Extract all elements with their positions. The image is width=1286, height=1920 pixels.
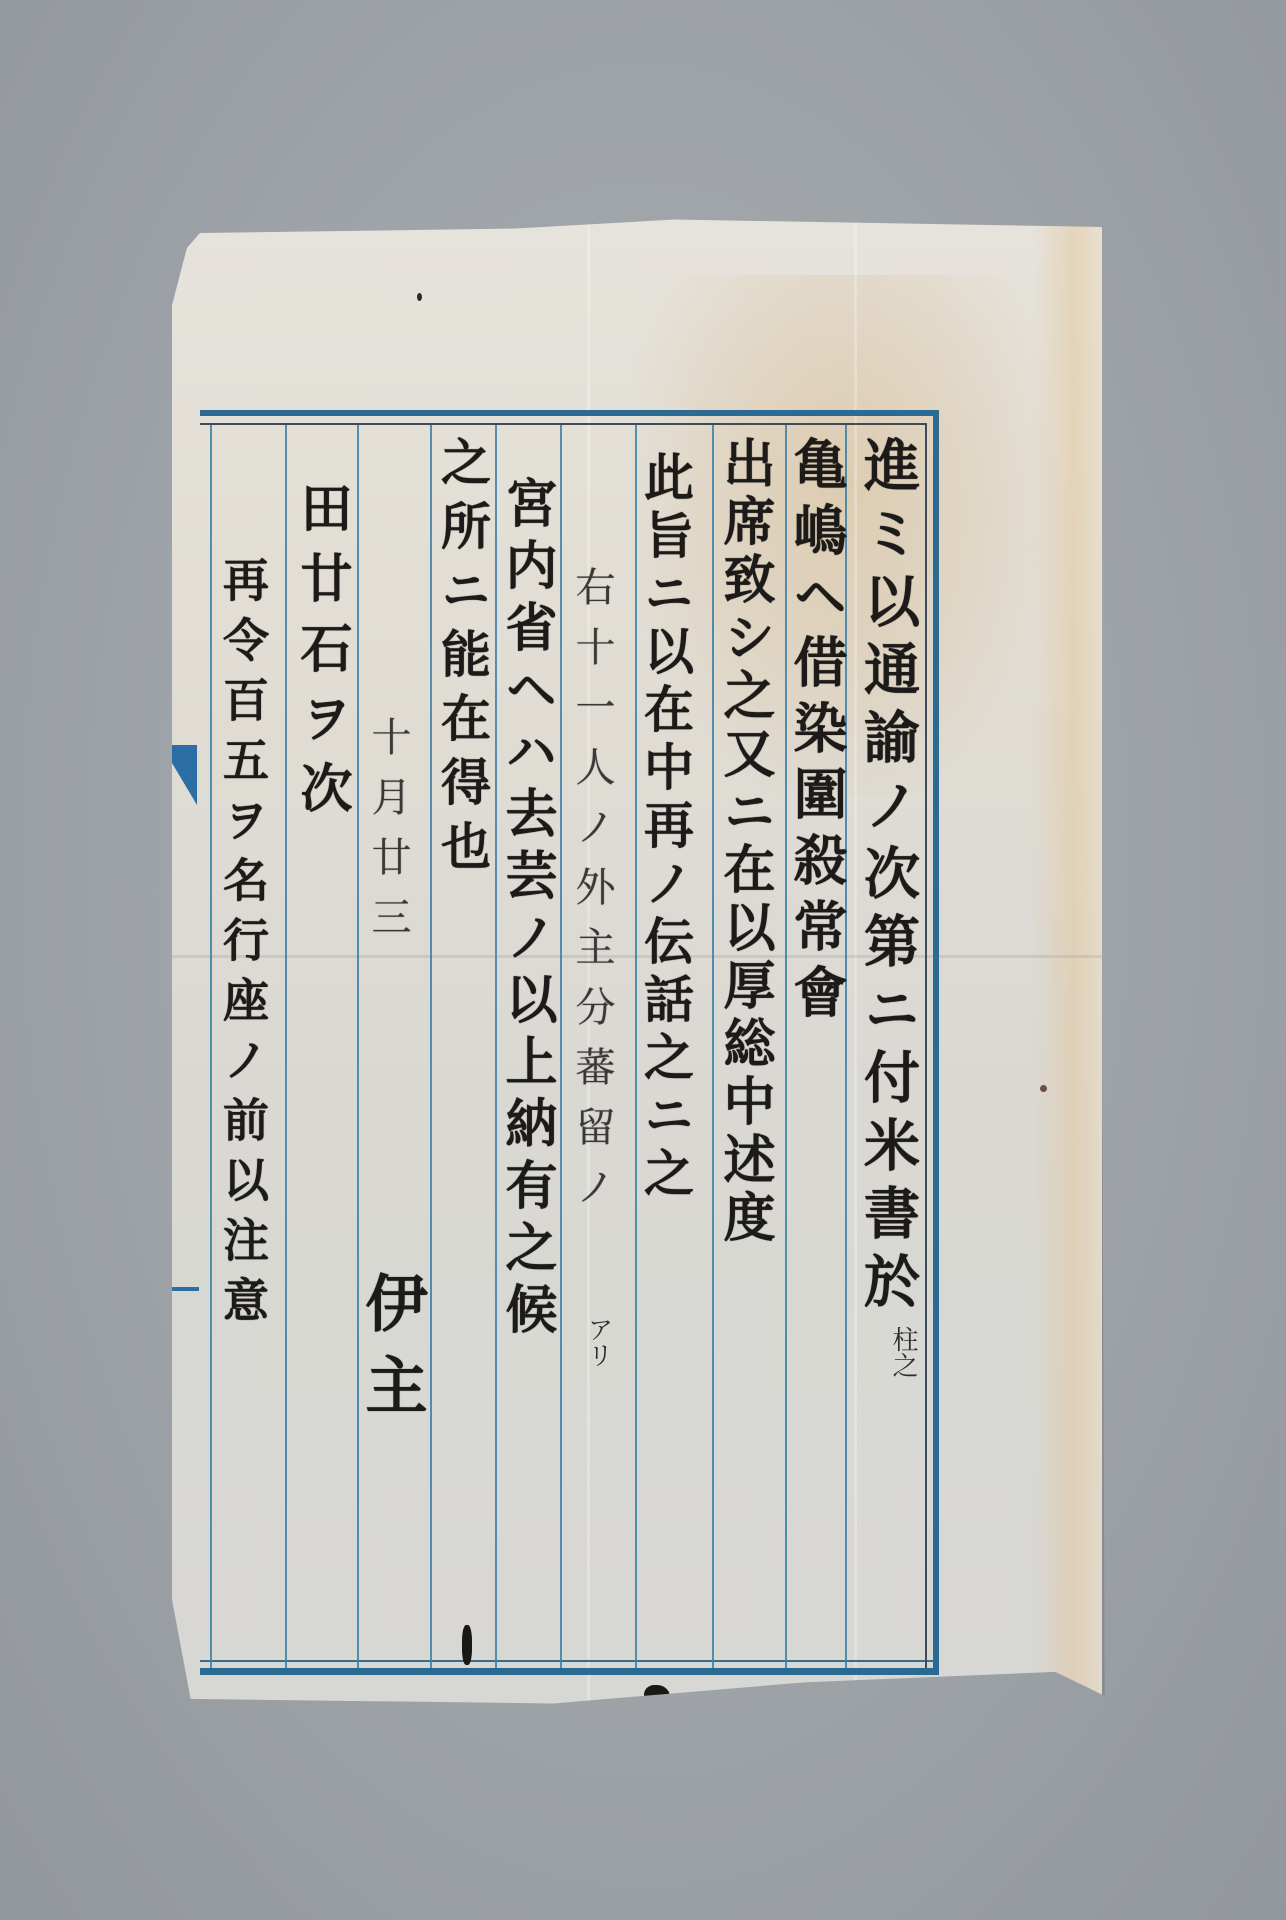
ruled-frame: 進ミ以通諭ノ次第ニ付米書於 亀嶋ヘ借染圍殺常會 出席致シ之又ニ在以厚総中述度 此… — [200, 410, 939, 1675]
column-rule — [430, 425, 432, 1668]
margin-note: アリ — [580, 1316, 617, 1368]
column-rule — [560, 425, 562, 1668]
ink-blot — [644, 1685, 670, 1709]
text-column-4: 此旨ニ以在中再ノ伝話之ニ之 — [640, 451, 690, 1205]
blue-tab-line — [172, 1287, 199, 1291]
text-column-6: 宮内省ヘハ去芸ノ以上納有之候 — [500, 476, 552, 1344]
text-column-5: 右十一人ノ外主分蕃留ノ — [572, 566, 612, 1226]
text-column-10: 再令百五ヲ名行座ノ前以注意 — [220, 556, 266, 1336]
text-column-2: 亀嶋ヘ借染圍殺常會 — [790, 436, 844, 1030]
text-column-9: 田廿石ヲ次 — [295, 481, 347, 831]
footer-note: 花藤了給 — [195, 1705, 409, 1795]
margin-note: 柱之 — [885, 1326, 922, 1378]
text-column-1: 進ミ以通諭ノ次第ニ付米書於 — [860, 436, 916, 1320]
paper-spot — [417, 293, 422, 301]
letter-paper: 進ミ以通諭ノ次第ニ付米書於 亀嶋ヘ借染圍殺常會 出席致シ之又ニ在以厚総中述度 此… — [172, 215, 1102, 1720]
paper-spot — [1040, 1085, 1047, 1092]
column-rule — [210, 425, 212, 1668]
signature: 伊主 — [360, 1271, 422, 1435]
text-column-7: 之所ニ能在得也 — [437, 436, 487, 884]
text-column-8: 十月廿三 — [368, 716, 408, 956]
frame-inner-line — [200, 423, 927, 425]
column-rule — [285, 425, 287, 1668]
text-column-3: 出席致シ之又ニ在以厚総中述度 — [718, 436, 770, 1248]
ink-stroke — [462, 1625, 472, 1665]
frame-inner-line — [925, 423, 927, 1668]
blue-tab-mark — [172, 745, 197, 805]
frame-inner-line — [200, 1660, 933, 1662]
column-rule — [357, 425, 359, 1668]
